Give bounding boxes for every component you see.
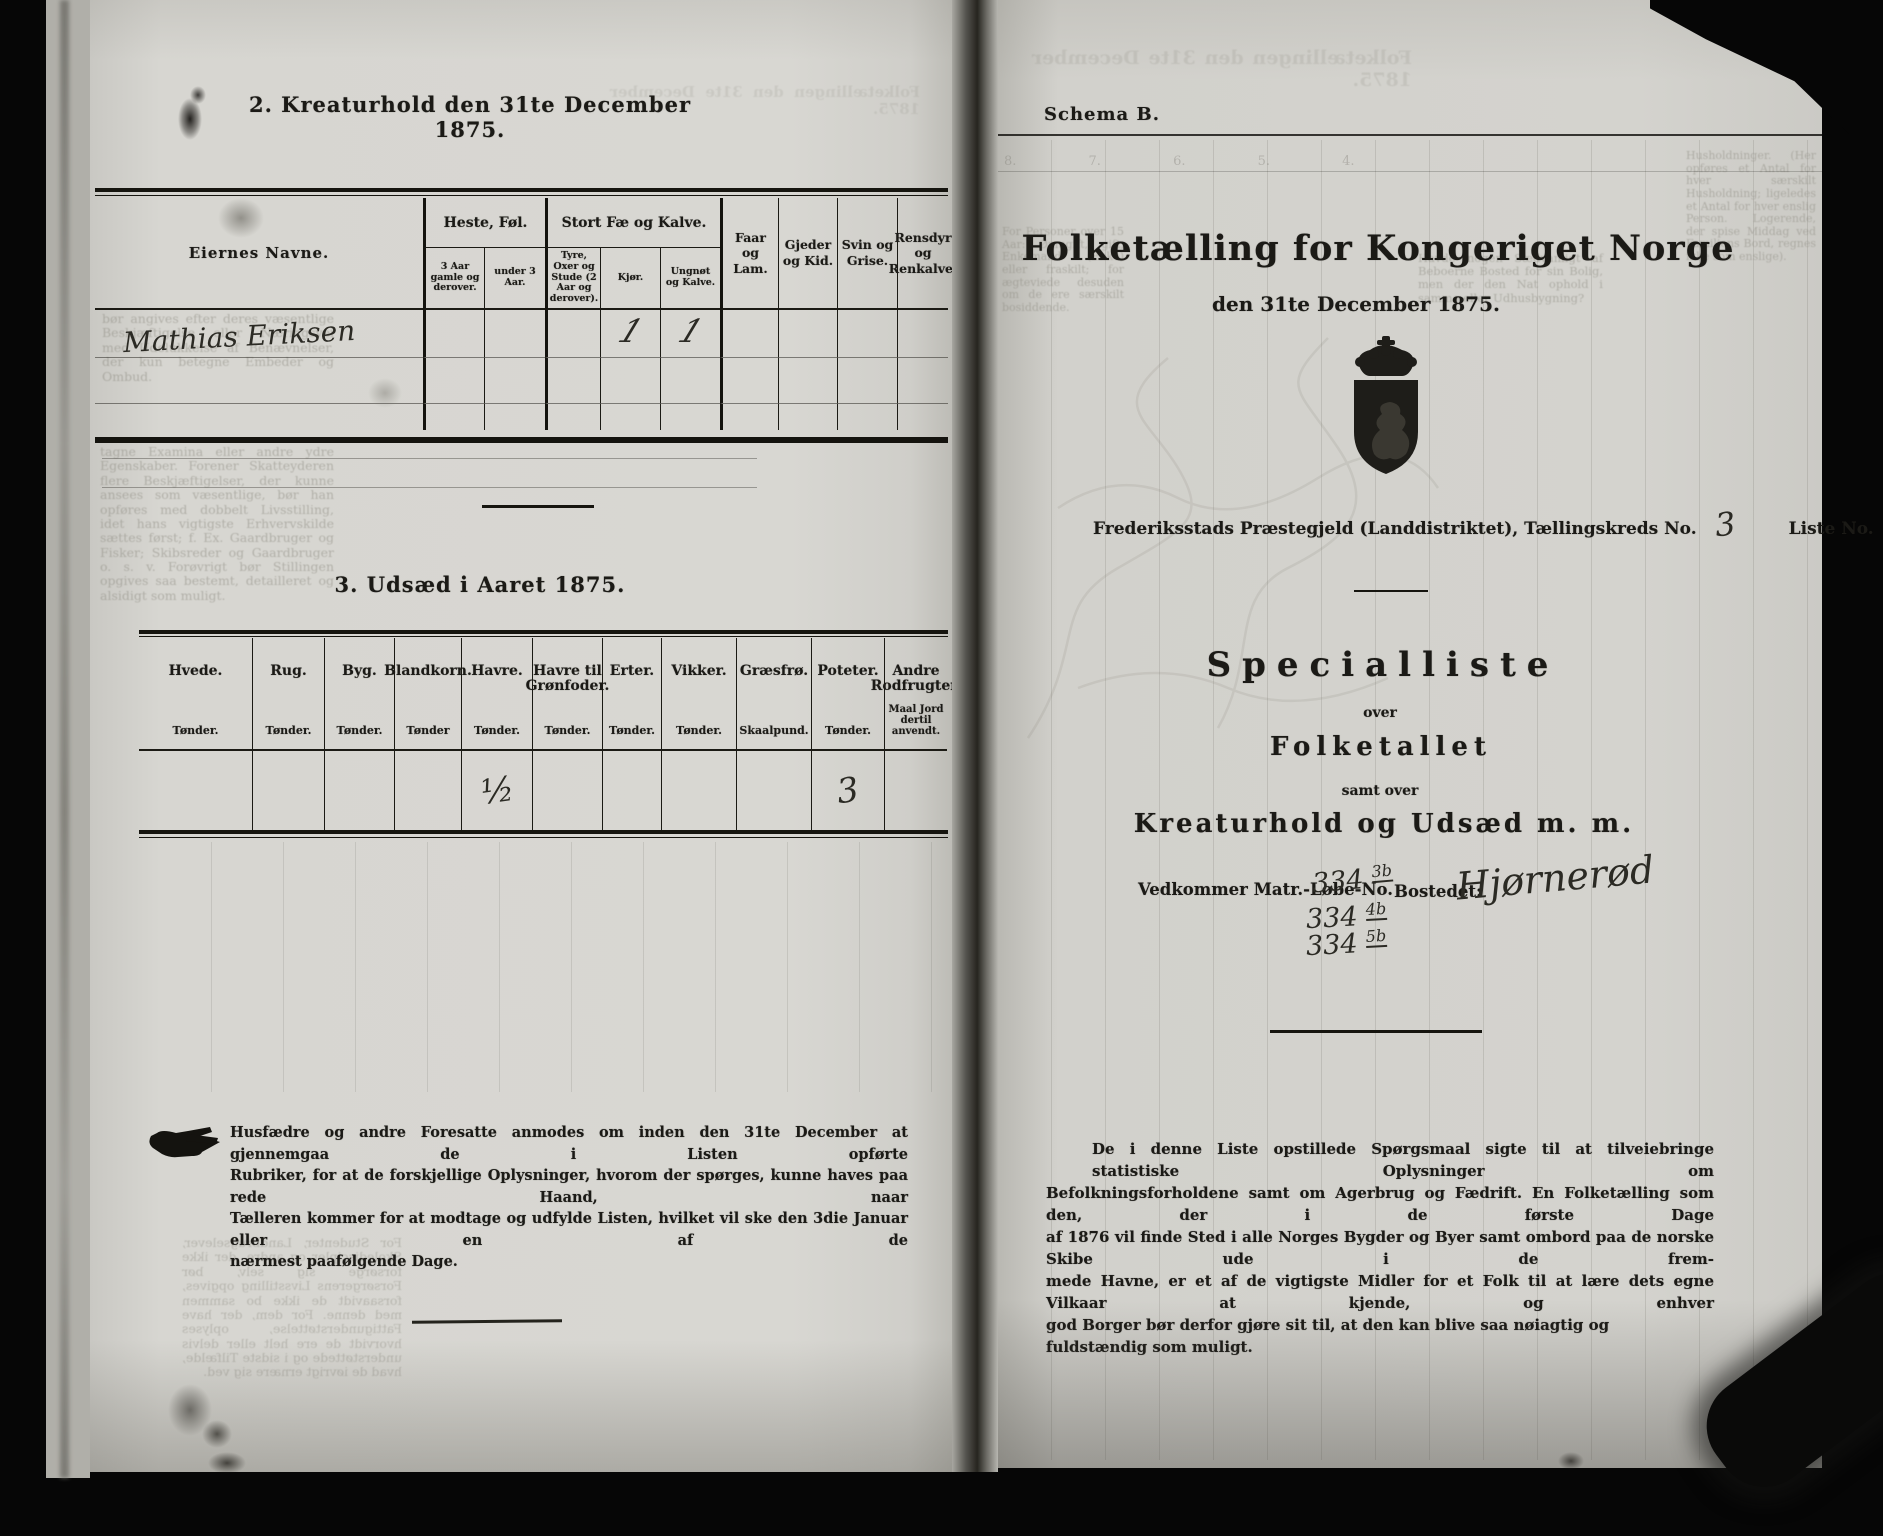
continued-row-line	[102, 487, 757, 488]
table-cell	[720, 358, 778, 404]
specialliste-folketallet: Folketallet	[998, 732, 1764, 762]
coat-of-arms	[1344, 334, 1428, 484]
column-group-heste: Heste, Føl.	[423, 198, 545, 248]
ink-stain	[178, 98, 202, 140]
table-cell-owner: Mathias Eriksen	[95, 310, 423, 358]
table-cell	[532, 751, 602, 830]
table-cell	[736, 751, 811, 830]
liste-label: Liste No.	[1789, 519, 1874, 539]
footer-line: Husfædre og andre Foresatte anmodes om i…	[230, 1122, 908, 1165]
column-header-byg: Byg.Tønder.	[324, 638, 394, 751]
left-page: Folketællingen den 31te December 1875. b…	[90, 0, 952, 1472]
specialliste-title: Specialliste	[998, 645, 1768, 685]
specialliste-samt-over: samt over	[998, 783, 1762, 799]
faint-rule	[998, 171, 1822, 172]
intro-line: De i denne Liste opstillede Spørgsmaal s…	[1046, 1138, 1714, 1182]
section-divider-line	[482, 505, 594, 508]
subcolumn-heste-under3: under 3 Aar.	[484, 248, 545, 310]
column-header-hvede: Hvede.Tønder.	[139, 638, 252, 751]
kreaturhold-table-title: 2. Kreaturhold den 31te December 1875.	[210, 92, 730, 142]
census-title: Folketælling for Kongeriget Norge	[998, 228, 1758, 269]
table-cell	[602, 751, 661, 830]
ghost-bleed-title: Folketællingen den 31te December 1875.	[1032, 48, 1412, 92]
smudge	[208, 1452, 246, 1474]
page-binding	[952, 0, 998, 1472]
short-rule	[1270, 1030, 1482, 1033]
handwritten-count-ungnot: 1	[673, 312, 709, 350]
intro-line: Befolkningsforholdene samt om Agerbrug o…	[1046, 1182, 1714, 1226]
handwritten-line	[412, 1319, 562, 1324]
subcolumn-tyre-oxer: Tyre, Oxer og Stude (2 Aar og derover).	[545, 248, 600, 310]
footer-line: Rubriker, for at de forskjellige Oplysni…	[230, 1165, 908, 1208]
specialliste-over: over	[998, 705, 1762, 721]
table-cell	[545, 358, 600, 404]
table-cell	[720, 310, 778, 358]
column-header-rug: Rug.Tønder.	[252, 638, 324, 751]
column-header-faar-lam: Faar og Lam.	[720, 198, 778, 310]
footer-line: nærmest paafølgende Dage.	[230, 1251, 908, 1273]
table-cell	[660, 404, 720, 430]
smudge	[218, 198, 264, 238]
table-cell	[252, 751, 324, 830]
table-cell	[897, 358, 948, 404]
table-cell: ½	[461, 751, 532, 830]
table-cell	[778, 404, 837, 430]
table-cell	[720, 404, 778, 430]
ghost-column-numbers: 8. 7. 6. 5. 4.	[1004, 154, 1524, 169]
table-cell: 3	[811, 751, 884, 830]
double-rule	[95, 195, 948, 196]
udsaed-table: Hvede.Tønder. Rug.Tønder. Byg.Tønder. Bl…	[139, 638, 948, 830]
double-rule	[95, 188, 948, 192]
table-cell	[837, 310, 897, 358]
table-cell	[837, 358, 897, 404]
right-page: 8. 7. 6. 5. 4. Folketællingen den 31te D…	[998, 0, 1822, 1468]
table-cell	[545, 310, 600, 358]
double-rule	[139, 636, 948, 637]
column-header-graesfro: Græsfrø.Skaalpund.	[736, 638, 811, 751]
subcolumn-heste-3aar: 3 Aar gamle og derover.	[423, 248, 484, 310]
smudge	[368, 378, 402, 408]
table-cell	[324, 751, 394, 830]
manicule-icon	[148, 1124, 220, 1158]
table-cell	[95, 404, 423, 430]
intro-line: god Borger bør derfor gjøre sit til, at …	[1046, 1314, 1714, 1358]
column-header-gjeder-kid: Gjeder og Kid.	[778, 198, 837, 310]
table-cell: 1	[660, 310, 720, 358]
column-header-rensdyr: Rensdyr og Renkalve.	[897, 198, 948, 310]
census-scan: Folketællingen den 31te December 1875. b…	[0, 0, 1883, 1536]
smudge	[202, 1420, 232, 1448]
table-cell	[897, 404, 948, 430]
column-group-stort-fae: Stort Fæ og Kalve.	[545, 198, 720, 248]
table-cell	[484, 310, 545, 358]
schema-label: Schema B.	[1044, 104, 1160, 125]
specialliste-kreaturhold: Kreaturhold og Udsæd m. m.	[998, 809, 1770, 839]
double-rule	[139, 837, 948, 838]
smudge	[1558, 1452, 1584, 1470]
book-edge-strip	[46, 0, 90, 1478]
table-cell	[484, 404, 545, 430]
kreaturhold-table: Eiernes Navne. Heste, Føl. Stort Fæ og K…	[95, 198, 948, 443]
table-cell	[837, 404, 897, 430]
handwritten-count-kjor: 1	[613, 312, 649, 350]
intro-line: mede Havne, er et af de vigtigste Midler…	[1046, 1270, 1714, 1314]
table-cell	[778, 310, 837, 358]
table-cell	[897, 310, 948, 358]
table-cell	[778, 358, 837, 404]
table-cell: 1	[600, 310, 660, 358]
table-cell	[884, 751, 947, 830]
subcolumn-ungnot-kalve: Ungnøt og Kalve.	[660, 248, 720, 310]
page-edge-shadow	[60, 0, 69, 1478]
handwritten-poteter-value: 3	[834, 769, 861, 812]
footer-line: Tælleren kommer for at modtage og udfyld…	[230, 1208, 908, 1251]
handwritten-owner-name: Mathias Eriksen	[122, 314, 356, 359]
table-cell	[394, 751, 461, 830]
table-cell	[484, 358, 545, 404]
handwritten-matr-no: 334 5b	[1305, 926, 1387, 962]
handwritten-havre-value: ½	[478, 768, 516, 812]
continued-row-line	[102, 458, 757, 459]
table-cell	[661, 751, 736, 830]
udsaed-table-title: 3. Udsæd i Aaret 1875.	[220, 572, 740, 597]
subcolumn-kjor: Kjør.	[600, 248, 660, 310]
intro-line: af 1876 vil finde Sted i alle Norges Byg…	[1046, 1226, 1714, 1270]
footer-instruction: Husfædre og andre Foresatte anmodes om i…	[230, 1122, 908, 1273]
double-rule	[139, 630, 948, 634]
short-rule	[1354, 590, 1428, 592]
intro-paragraph: De i denne Liste opstillede Spørgsmaal s…	[1046, 1138, 1714, 1358]
table-cell	[423, 358, 484, 404]
column-header-blandkorn: Blandkorn.Tønder	[394, 638, 461, 751]
column-header-havre: Havre.Tønder.	[461, 638, 532, 751]
district-prefix: Frederiksstads Præstegjeld (Landdistrikt…	[1093, 519, 1697, 539]
ink-stain	[190, 86, 206, 104]
table-cell	[600, 404, 660, 430]
ghost-column-lines	[140, 842, 948, 1092]
table-cell	[545, 404, 600, 430]
column-header-erter: Erter.Tønder.	[602, 638, 661, 751]
table-cell	[423, 310, 484, 358]
column-header-havre-gronfoder: Havre til Grønfoder.Tønder.	[532, 638, 602, 751]
column-header-rodfrugter: Andre Rodfrugter.Maal Jord dertil anvend…	[884, 638, 947, 751]
district-line: Frederiksstads Præstegjeld (Landdistrikt…	[1093, 503, 1883, 543]
column-header-vikker: Vikker.Tønder.	[661, 638, 736, 751]
table-cell	[139, 751, 252, 830]
table-cell	[660, 358, 720, 404]
census-date: den 31te December 1875.	[998, 292, 1714, 316]
table-cell	[600, 358, 660, 404]
table-cell	[423, 404, 484, 430]
top-rule	[998, 134, 1822, 136]
double-rule	[139, 830, 948, 834]
handwritten-district-no: 3	[1713, 502, 1763, 545]
